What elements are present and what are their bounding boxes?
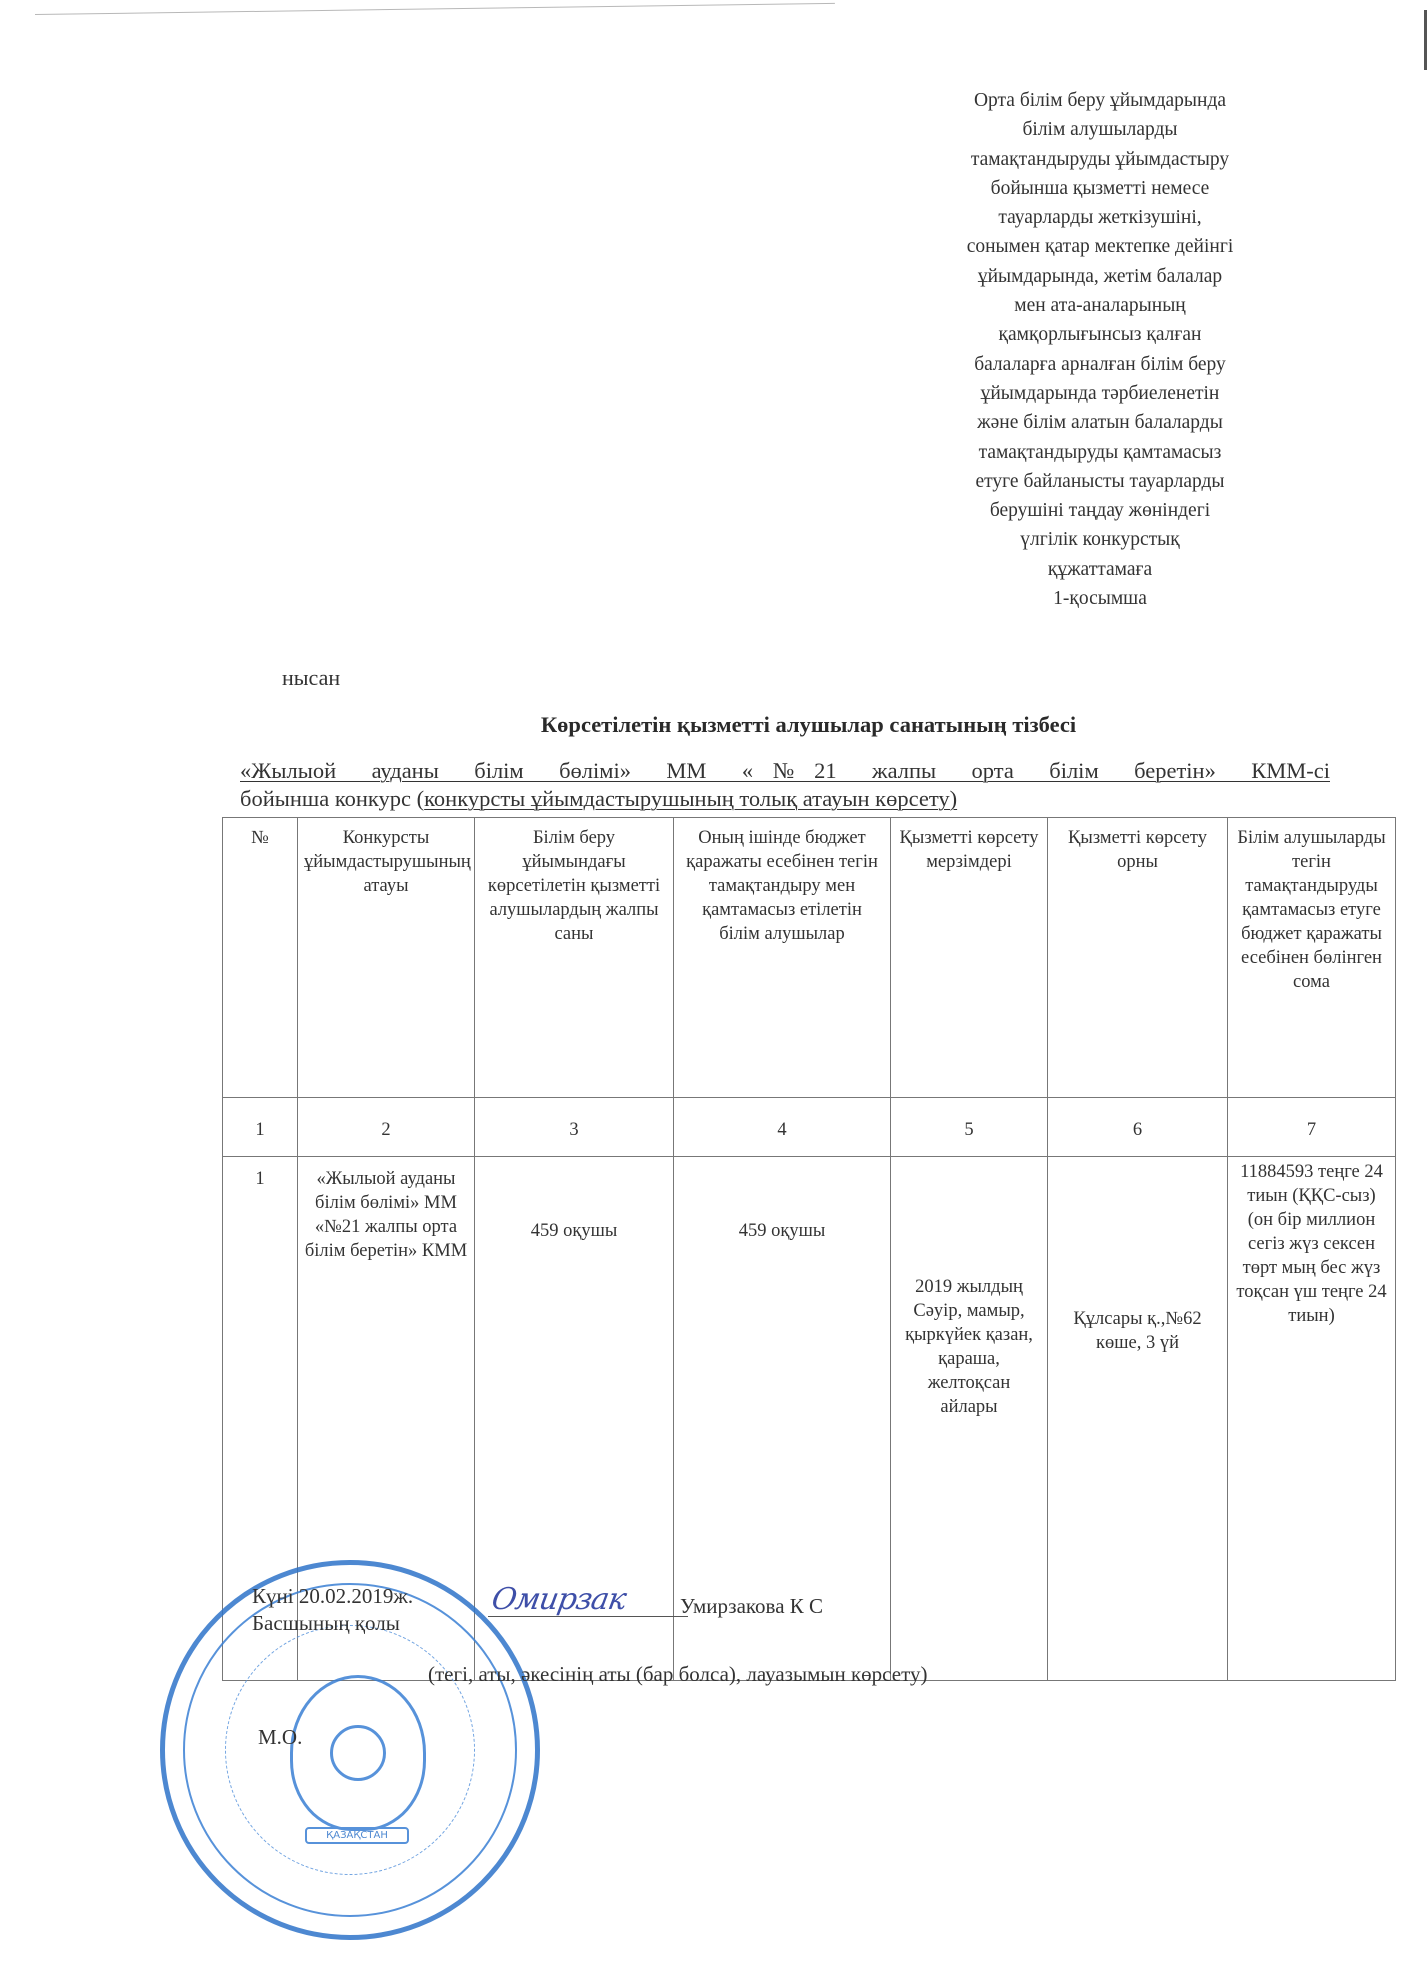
cell-budget-amount: 11884593 теңге 24 тиын (ҚҚС-сыз) (он бір…: [1228, 1157, 1396, 1681]
organizer-hint: бойынша конкурс (конкурсты ұйымдастырушы…: [240, 786, 957, 812]
header-cell-budget-amount: Білім алушыларды тегін тамақтандыруды қа…: [1228, 818, 1396, 1098]
column-number: 3: [475, 1098, 674, 1157]
annex-line: ұйымдарында, жетім балалар: [920, 262, 1280, 291]
date-label: Күні 20.02.2019ж.: [252, 1583, 413, 1610]
seal-label: М.О.: [258, 1725, 302, 1750]
annex-line: ұйымдарында тәрбиеленетін: [920, 379, 1280, 408]
annex-line: мен ата-аналарының: [920, 291, 1280, 320]
organizer-hint-prefix: бойынша конкурс (: [240, 786, 424, 811]
column-number: 4: [674, 1098, 891, 1157]
annex-line: тамақтандыруды ұйымдастыру: [920, 145, 1280, 174]
header-cell-organizer: Конкурсты ұйымдастырушының атауы: [298, 818, 475, 1098]
annex-line: балаларға арналған білім беру: [920, 350, 1280, 379]
organizer-line: «Жылыой ауданы білім бөлімі» ММ «№21 жал…: [240, 758, 1330, 784]
annex-line: қамқорлығынсыз қалған: [920, 320, 1280, 349]
column-number: 2: [298, 1098, 475, 1157]
annex-line: білім алушыларды: [920, 115, 1280, 144]
recipients-table: № Конкурсты ұйымдастырушының атауы Білім…: [222, 817, 1396, 1681]
column-number: 5: [891, 1098, 1048, 1157]
annex-line: және білім алатын балаларды: [920, 408, 1280, 437]
stamp-emblem-label: ҚАЗАҚСТАН: [305, 1827, 409, 1844]
table-header-row: № Конкурсты ұйымдастырушының атауы Білім…: [223, 818, 1396, 1098]
column-number-row: 1 2 3 4 5 6 7: [223, 1098, 1396, 1157]
signer-hint: (тегі, аты, әкесінің аты (бар болса), ла…: [428, 1662, 927, 1687]
annex-line: берушіні таңдау жөніндегі: [920, 496, 1280, 525]
scan-artifact-line: [35, 3, 835, 15]
column-number: 1: [223, 1098, 298, 1157]
annex-line: тамақтандыруды қамтамасыз: [920, 438, 1280, 467]
annex-line: Орта білім беру ұйымдарында: [920, 86, 1280, 115]
annex-reference: Орта білім беру ұйымдарындабілім алушыла…: [920, 86, 1280, 613]
signer-name: Умирзакова К С: [680, 1594, 823, 1619]
header-cell-service-place: Қызметті көрсету орны: [1048, 818, 1228, 1098]
cell-service-period: 2019 жылдың Сәуір, мамыр, қыркүйек қазан…: [891, 1157, 1048, 1681]
header-cell-service-period: Қызметті көрсету мерзімдері: [891, 818, 1048, 1098]
annex-line: үлгілік конкурстық: [920, 525, 1280, 554]
annex-line: құжаттамаға: [920, 555, 1280, 584]
column-number: 7: [1228, 1098, 1396, 1157]
header-cell-number: №: [223, 818, 298, 1098]
annex-line: сонымен қатар мектепке дейінгі: [920, 232, 1280, 261]
organizer-hint-underlined: конкурсты ұйымдастырушының толық атауын …: [424, 786, 957, 811]
annex-line: тауарларды жеткізушіні,: [920, 203, 1280, 232]
annex-line: етуге байланысты тауарларды: [920, 467, 1280, 496]
column-number: 6: [1048, 1098, 1228, 1157]
document-title: Көрсетілетін қызметті алушылар санатының…: [222, 712, 1395, 738]
annex-line: бойынша қызметті немесе: [920, 174, 1280, 203]
form-label: нысан: [282, 665, 340, 691]
cell-service-place: Құлсары қ.,№62 көше, 3 үй: [1048, 1157, 1228, 1681]
header-cell-free-meal-recipients: Оның ішінде бюджет қаражаты есебінен тег…: [674, 818, 891, 1098]
handwritten-signature: Омирзак: [489, 1582, 628, 1617]
signature-block: Күні 20.02.2019ж. Басшының қолы: [252, 1583, 413, 1637]
shanyrak-icon: [330, 1725, 386, 1781]
annex-line: 1-қосымша: [920, 584, 1280, 613]
signature-label: Басшының қолы: [252, 1610, 413, 1637]
header-cell-total-recipients: Білім беру ұйымындағы көрсетілетін қызме…: [475, 818, 674, 1098]
